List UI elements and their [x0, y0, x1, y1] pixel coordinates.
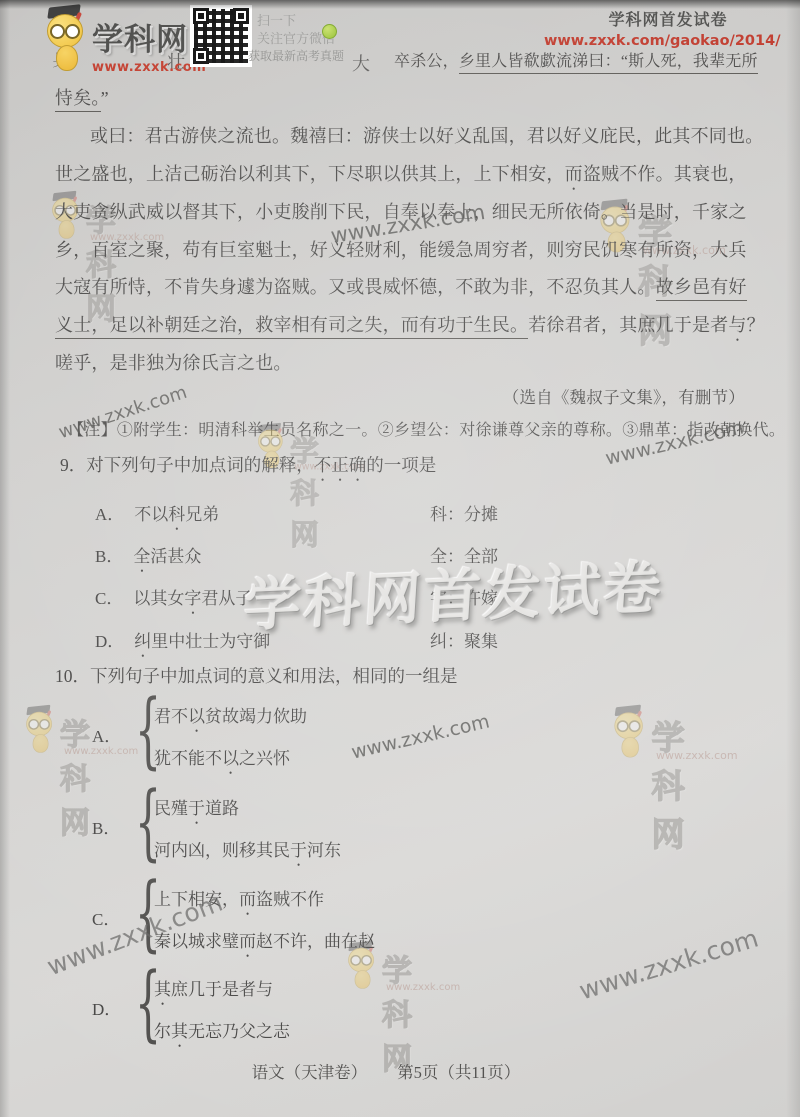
header-right: 学科网首发试卷 www.zxxk.com/gaokao/2014/: [544, 7, 792, 49]
passage-line: 嗟乎，是非独为徐氏言之也。: [55, 349, 292, 375]
passage-fragment: 大: [352, 50, 370, 76]
question-9-number: 9．: [60, 455, 86, 475]
url-watermark: www.zxxk.com: [349, 710, 491, 763]
brand-name: 学科网: [92, 22, 188, 57]
footer-page-number: 第5页（共11页）: [397, 1059, 520, 1083]
passage-line: 恃矣。”: [55, 84, 109, 110]
qr-code: [190, 5, 252, 67]
header-gaokao-url: www.zxxk.com/gaokao/2014/: [544, 33, 792, 49]
q9-option-c: C．以其女字君从子 字：许嫁: [95, 584, 252, 618]
question-10-number: 10．: [55, 666, 90, 686]
q9-option-a-gloss: 科：分摊: [430, 500, 498, 525]
mascot-icon: [24, 706, 57, 754]
q9-option-a: A．不以科兄弟 科：分摊: [95, 500, 219, 534]
passage-line: 乡，百室之聚，苟有巨室魁士，好义轻财利，能缓急周穷者，则穷民饥寒有所资，大兵: [55, 236, 747, 262]
passage-line: 世之盛也，上洁己砺治以利其下，下尽职以供其上，上下相安，而盗贼不作。其衰也，: [55, 160, 747, 194]
passage-line: 卒杀公，乡里人皆欷歔流涕曰：“斯人死，我辈无所: [394, 48, 758, 71]
mascot-icon: [44, 6, 90, 72]
url-watermark: www.zxxk.com: [576, 924, 762, 1006]
wechat-emoji-icon: [322, 24, 337, 39]
mascot-icon: [612, 706, 648, 758]
passage-line: 或曰：君古游侠之流也。魏禧曰：游侠士以好义乱国，君以好义庇民，此其不同也。: [90, 122, 763, 148]
qr-caption-3: 获取最新高考真题: [248, 47, 344, 64]
header-title: 学科网首发试卷: [544, 7, 792, 30]
passage-line: 义士，足以补朝廷之治，救宰相有司之失，而有功于生民。若徐君者，其庶几于是者与？: [55, 311, 765, 345]
question-9-stem: 9．对下列句子中加点词的解释，不正确的一项是: [60, 452, 436, 485]
footer-subject: 语文（天津卷）: [252, 1059, 368, 1083]
question-10-stem: 10．下列句子中加点词的意义和用法，相同的一组是: [55, 663, 458, 688]
q9-option-b: B．全活甚众 全：全部: [95, 542, 201, 576]
page-footer: 语文（天津卷） 第5页（共11页）: [0, 1059, 786, 1083]
big-watermark: 学科网首发试卷: [242, 542, 667, 643]
qr-caption-1: 扫一下: [257, 10, 296, 29]
passage-line: 大寇有所恃，不肯失身遽为盗贼。又或畏威怀德，不敢为非，不忍负其人。故乡邑有好: [55, 273, 747, 299]
scanned-exam-page: 学科网 www.zxxk.com 学科网 www.zxxk.com 学科网 ww…: [0, 0, 800, 1117]
